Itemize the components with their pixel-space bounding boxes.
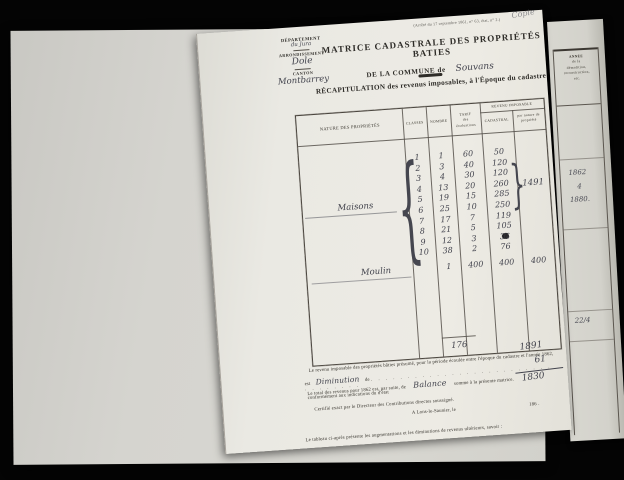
cell-classe: 10 bbox=[412, 247, 437, 259]
margin-variation: 61 bbox=[534, 354, 547, 365]
cell-cadastral: 76 bbox=[489, 241, 522, 253]
header-tarif: TARIF des évaluations bbox=[450, 111, 481, 129]
annee-header-line: etc. bbox=[555, 75, 599, 83]
annee-column-header: ANNÉE de la démolition, reconstruction, … bbox=[554, 47, 601, 106]
margin-total-1862: 1830 bbox=[521, 371, 545, 384]
cell-nombre: 1 bbox=[437, 261, 462, 273]
margin-note: 4 bbox=[577, 182, 582, 190]
header-nature: NATURE DES PROPRIÉTÉS bbox=[301, 121, 399, 134]
header-par-nature: par nature de propriété bbox=[513, 112, 544, 124]
margin-total-cadastre: 1891 bbox=[519, 340, 543, 353]
footer-line-2-post: de bbox=[365, 378, 370, 383]
cell-cadastral: 400 bbox=[490, 257, 523, 269]
header-tarif-l3: évaluations bbox=[451, 122, 481, 129]
margin-note: 1880. bbox=[570, 195, 590, 204]
arrete-note: (Arrêté du 17 septembre 1861, n° 63, éta… bbox=[382, 15, 532, 30]
cell-nombre: 38 bbox=[435, 246, 460, 258]
scan-stage: ANNÉE de la démolition, reconstruction, … bbox=[0, 0, 624, 480]
margin-note: 1862 bbox=[568, 168, 586, 177]
cell-tarif: 2 bbox=[459, 243, 490, 255]
footer-line-6-year: 186 . bbox=[529, 402, 540, 408]
cell-par-nature: 400 bbox=[522, 255, 555, 267]
commune-value: Souvans bbox=[455, 61, 494, 74]
ruled-line bbox=[570, 339, 614, 342]
margin-note: 22/4 bbox=[575, 316, 591, 325]
matrice-form-sheet: (Arrêté du 17 septembre 1861, n° 63, éta… bbox=[196, 10, 572, 454]
header-cadastral: CADASTRAL bbox=[481, 117, 513, 125]
ruled-line bbox=[560, 157, 604, 160]
footer-line-6-text: A Lons-le-Saunier, le bbox=[412, 408, 456, 416]
ruled-line bbox=[568, 309, 612, 312]
nombre-total: 176 bbox=[444, 339, 475, 351]
ink-blot bbox=[502, 232, 509, 238]
total-cell-line bbox=[442, 335, 476, 338]
cell-tarif: 400 bbox=[460, 259, 491, 271]
header-classes: CLASSES bbox=[403, 120, 427, 127]
header-nombre: NOMBRE bbox=[427, 118, 451, 125]
ruled-line bbox=[564, 227, 608, 230]
recap-table: NATURE DES PROPRIÉTÉS CLASSES NOMBRE TAR… bbox=[295, 98, 562, 367]
